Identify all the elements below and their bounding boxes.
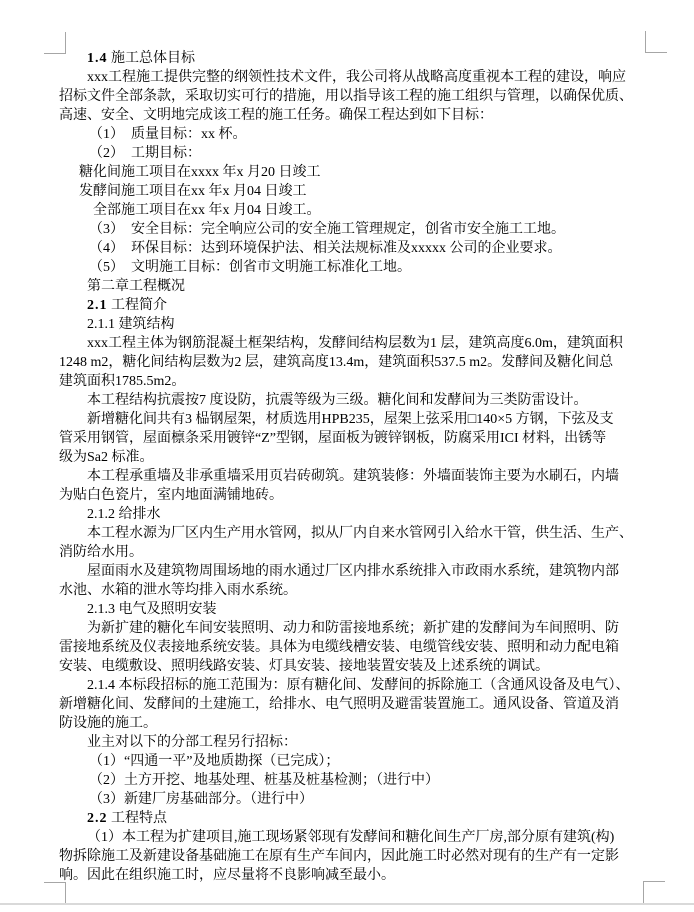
text-line: 2.1.1 建筑结构	[59, 315, 639, 334]
line-text: 防设施的施工。	[59, 716, 157, 731]
margin-crop-mark-bottom-right	[643, 881, 665, 903]
text-line: （2） 工期目标：	[59, 144, 639, 163]
margin-crop-mark-top-right	[645, 31, 667, 53]
text-line: 1248 m2，糖化间结构层数为2 层，建筑高度13.4m，建筑面积537.5 …	[59, 353, 639, 372]
text-line: 招标文件全部条款，采取切实可行的措施，用以指导该工程的施工组织与管理，以确保优质…	[59, 87, 639, 106]
text-line: （3） 安全目标：完全响应公司的安全施工管理规定，创省市安全施工工地。	[59, 220, 639, 239]
line-text: 本工程承重墙及非承重墙采用页岩砖砌筑。建筑装修：外墙面装饰主要为水刷石，内墙	[87, 469, 619, 484]
line-text: 为贴白色瓷片，室内地面满铺地砖。	[59, 488, 283, 503]
line-text: 级为Sa2 标准。	[59, 450, 154, 465]
line-text: 高速、安全、文明地完成该工程的施工任务。确保工程达到如下目标：	[59, 108, 493, 123]
line-text: xxx工程施工提供完整的纲领性技术文件，我公司将从战略高度重视本工程的建设，响应	[87, 70, 626, 85]
line-text: 管采用钢管，屋面檩条采用镀锌“Z”型钢，屋面板为镀锌钢板，防腐采用ICI 材料，…	[59, 431, 606, 446]
line-text: 响。因此在组织施工时，应尽量将不良影响减至最小。	[59, 868, 395, 883]
bold-section-number: 2.2	[87, 811, 108, 826]
page-bottom-rule	[0, 903, 694, 905]
text-line: 为贴白色瓷片，室内地面满铺地砖。	[59, 486, 639, 505]
text-line: 屋面雨水及建筑物周围场地的雨水通过厂区内排水系统排入市政雨水系统，建筑物内部	[59, 562, 639, 581]
text-line: 糖化间施工项目在xxxx 年x 月20 日竣工	[59, 163, 639, 182]
text-line: 本工程承重墙及非承重墙采用页岩砖砌筑。建筑装修：外墙面装饰主要为水刷石，内墙	[59, 467, 639, 486]
line-text: 全部施工项目在xx 年x 月04 日竣工。	[93, 203, 321, 218]
text-line: 消防给水用。	[59, 543, 639, 562]
line-text: 业主对以下的分部工程另行招标：	[87, 735, 297, 750]
text-line: xxx工程主体为钢筋混凝土框架结构，发酵间结构层数为1 层，建筑高度6.0m，建…	[59, 334, 639, 353]
text-line: 新增糖化间共有3 榀钢屋架，材质选用HPB235，屋架上弦采用□140×5 方钢…	[59, 410, 639, 429]
line-text: 2.1.4 本标段招标的施工范围为：原有糖化间、发酵间的拆除施工（含通风设备及电…	[87, 678, 630, 693]
line-text: 消防给水用。	[59, 545, 143, 560]
text-line: 防设施的施工。	[59, 714, 639, 733]
line-text: 糖化间施工项目在xxxx 年x 月20 日竣工	[79, 165, 321, 180]
text-line: 2.1.4 本标段招标的施工范围为：原有糖化间、发酵间的拆除施工（含通风设备及电…	[59, 676, 639, 695]
text-line: 级为Sa2 标准。	[59, 448, 639, 467]
line-text: 发酵间施工项目在xx 年x 月04 日竣工	[79, 184, 307, 199]
bold-section-number: 1.4	[87, 51, 108, 66]
text-line: 全部施工项目在xx 年x 月04 日竣工。	[59, 201, 639, 220]
line-text: 第二章工程概况	[87, 279, 185, 294]
text-line: 2.1.3 电气及照明安装	[59, 600, 639, 619]
text-line: 2.2 工程特点	[59, 809, 639, 828]
text-line: （1） 质量目标：xx 杯。	[59, 125, 639, 144]
line-text: 工程特点	[108, 811, 168, 826]
text-line: （4） 环保目标：达到环境保护法、相关法规标准及xxxxx 公司的企业要求。	[59, 239, 639, 258]
text-line: 2.1.2 给排水	[59, 505, 639, 524]
line-text: 安装、电缆敷设、照明线路安装、灯具安装、接地装置安装及上述系统的调试。	[59, 659, 549, 674]
text-line: 物拆除施工及新建设备基础施工在原有生产车间内，因此施工时必然对现有的生产有一定影	[59, 847, 639, 866]
text-line: 1.4 施工总体目标	[59, 49, 639, 68]
line-text: 物拆除施工及新建设备基础施工在原有生产车间内，因此施工时必然对现有的生产有一定影	[59, 849, 619, 864]
text-line: 安装、电缆敷设、照明线路安装、灯具安装、接地装置安装及上述系统的调试。	[59, 657, 639, 676]
line-text: 建筑面积1785.5m2。	[59, 374, 185, 389]
bold-section-number: 2.1	[87, 298, 108, 313]
line-text: 招标文件全部条款，采取切实可行的措施，用以指导该工程的施工组织与管理，以确保优质…	[59, 89, 633, 104]
line-text: （3）新建厂房基础部分。（进行中）	[89, 792, 313, 807]
line-text: 1248 m2，糖化间结构层数为2 层，建筑高度13.4m，建筑面积537.5 …	[59, 355, 613, 370]
line-text: 本工程水源为厂区内生产用水管网，拟从厂内自来水管网引入给水干管，供生活、生产、	[87, 526, 633, 541]
text-line: 新增糖化间、发酵间的土建施工，给排水、电气照明及避雷装置施工。通风设备、管道及消	[59, 695, 639, 714]
text-line: （1）本工程为扩建项目,施工现场紧邻现有发酵间和糖化间生产厂房,部分原有建筑(构…	[59, 828, 639, 847]
text-line: （3）新建厂房基础部分。（进行中）	[59, 790, 639, 809]
line-text: （2）土方开挖、地基处理、桩基及桩基检测；（进行中）	[89, 773, 439, 788]
line-text: 工程简介	[108, 298, 168, 313]
line-text: （1） 质量目标：xx 杯。	[89, 127, 247, 142]
margin-crop-mark-bottom-left	[44, 882, 66, 904]
line-text: xxx工程主体为钢筋混凝土框架结构，发酵间结构层数为1 层，建筑高度6.0m，建…	[87, 336, 623, 351]
line-text: （3） 安全目标：完全响应公司的安全施工管理规定，创省市安全施工工地。	[89, 222, 565, 237]
document-text-area[interactable]: 1.4 施工总体目标xxx工程施工提供完整的纲领性技术文件，我公司将从战略高度重…	[59, 49, 639, 885]
text-line: （1）“四通一平”及地质勘探（已完成）；	[59, 752, 639, 771]
line-text: 新增糖化间共有3 榀钢屋架，材质选用HPB235，屋架上弦采用□140×5 方钢…	[87, 412, 614, 427]
line-text: 施工总体目标	[108, 51, 196, 66]
line-text: （2） 工期目标：	[89, 146, 201, 161]
line-text: （5） 文明施工目标：创省市文明施工标准化工地。	[89, 260, 411, 275]
line-text: （4） 环保目标：达到环境保护法、相关法规标准及xxxxx 公司的企业要求。	[89, 241, 562, 256]
text-line: （2）土方开挖、地基处理、桩基及桩基检测；（进行中）	[59, 771, 639, 790]
line-text: 水池、水箱的泄水等均排入雨水系统。	[59, 583, 297, 598]
text-line: 本工程结构抗震按7 度设防，抗震等级为三级。糖化间和发酵间为三类防雷设计。	[59, 391, 639, 410]
text-line: 雷接地系统及仪表接地系统安装。具体为电缆线槽安装、电缆管线安装、照明和动力配电箱	[59, 638, 639, 657]
line-text: （1）本工程为扩建项目,施工现场紧邻现有发酵间和糖化间生产厂房,部分原有建筑(构…	[87, 830, 614, 845]
line-text: 2.1.2 给排水	[87, 507, 161, 522]
text-line: xxx工程施工提供完整的纲领性技术文件，我公司将从战略高度重视本工程的建设，响应	[59, 68, 639, 87]
text-line: 水池、水箱的泄水等均排入雨水系统。	[59, 581, 639, 600]
text-line: 响。因此在组织施工时，应尽量将不良影响减至最小。	[59, 866, 639, 885]
line-text: 2.1.1 建筑结构	[87, 317, 175, 332]
line-text: 新增糖化间、发酵间的土建施工，给排水、电气照明及避雷装置施工。通风设备、管道及消	[59, 697, 619, 712]
line-text: （1）“四通一平”及地质勘探（已完成）；	[89, 754, 339, 769]
text-line: 第二章工程概况	[59, 277, 639, 296]
text-line: 为新扩建的糖化车间安装照明、动力和防雷接地系统；新扩建的发酵间为车间照明、防	[59, 619, 639, 638]
line-text: 2.1.3 电气及照明安装	[87, 602, 217, 617]
text-line: （5） 文明施工目标：创省市文明施工标准化工地。	[59, 258, 639, 277]
text-line: 高速、安全、文明地完成该工程的施工任务。确保工程达到如下目标：	[59, 106, 639, 125]
line-text: 雷接地系统及仪表接地系统安装。具体为电缆线槽安装、电缆管线安装、照明和动力配电箱	[59, 640, 619, 655]
line-text: 屋面雨水及建筑物周围场地的雨水通过厂区内排水系统排入市政雨水系统，建筑物内部	[87, 564, 619, 579]
text-line: 本工程水源为厂区内生产用水管网，拟从厂内自来水管网引入给水干管，供生活、生产、	[59, 524, 639, 543]
text-line: 管采用钢管，屋面檩条采用镀锌“Z”型钢，屋面板为镀锌钢板，防腐采用ICI 材料，…	[59, 429, 639, 448]
text-line: 建筑面积1785.5m2。	[59, 372, 639, 391]
line-text: 本工程结构抗震按7 度设防，抗震等级为三级。糖化间和发酵间为三类防雷设计。	[87, 393, 588, 408]
line-text: 为新扩建的糖化车间安装照明、动力和防雷接地系统；新扩建的发酵间为车间照明、防	[87, 621, 619, 636]
document-page: 1.4 施工总体目标xxx工程施工提供完整的纲领性技术文件，我公司将从战略高度重…	[0, 0, 694, 912]
text-line: 发酵间施工项目在xx 年x 月04 日竣工	[59, 182, 639, 201]
text-line: 2.1 工程简介	[59, 296, 639, 315]
text-line: 业主对以下的分部工程另行招标：	[59, 733, 639, 752]
